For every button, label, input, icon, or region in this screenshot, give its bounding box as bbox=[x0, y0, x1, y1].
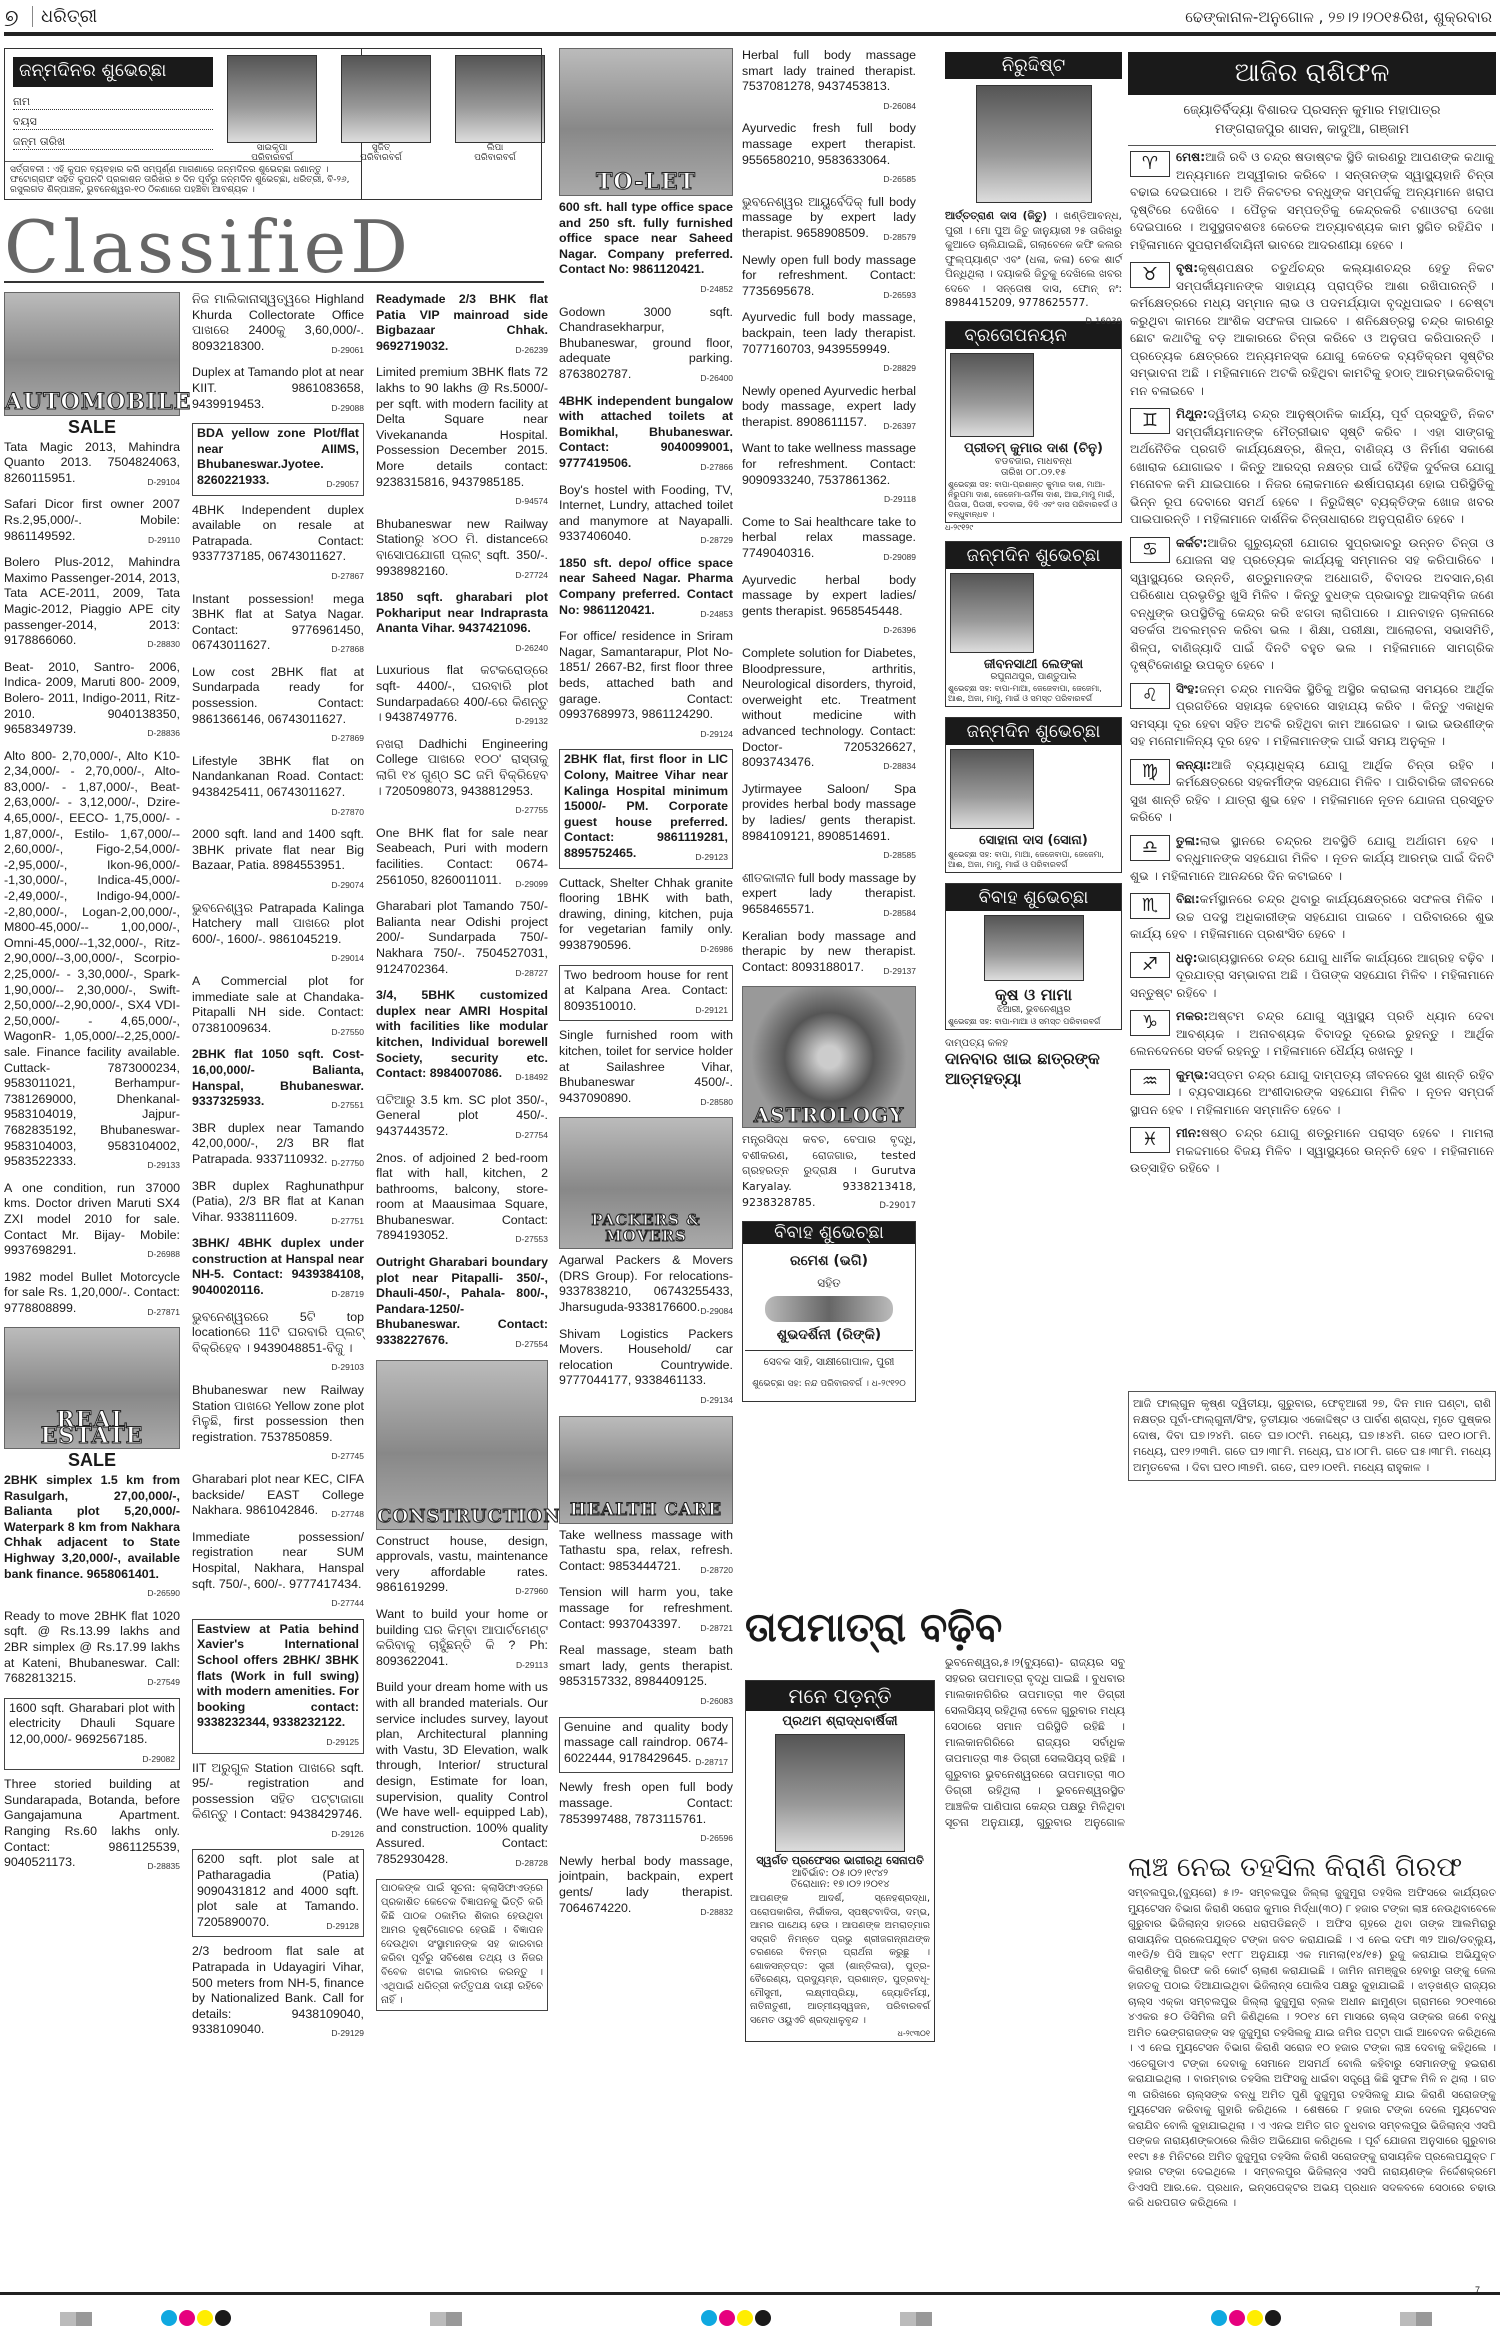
ad-code: D-29124 bbox=[700, 727, 733, 743]
missing-title: ନିରୁଦ୍ଦିଷ୍ଟ bbox=[945, 52, 1122, 79]
classified-ad: Ayurvedic fresh full body massage expert… bbox=[742, 121, 916, 187]
sale-heading-2: SALE bbox=[4, 1453, 180, 1469]
health-care-image: HEALTH CARE bbox=[559, 1416, 733, 1524]
classified-ad: 2BHK flat 1050 sqft. Cost- 16,00,000/- B… bbox=[192, 1047, 364, 1113]
horoscope-sign: ♎ତୁଳା:ଲାଭ ସ୍ଥାନରେ ଚନ୍ଦ୍ରର ଅବସ୍ଥିତି ଯୋଗୁ … bbox=[1128, 830, 1496, 889]
to-let-image: TO-LET bbox=[559, 48, 733, 196]
classified-ad: Immediate possession/ registration near … bbox=[192, 1530, 364, 1612]
birthday-card-1: ଜନ୍ମଦିନ ଶୁଭେଚ୍ଛା ଜୀବନସାଥୀ ଲେଙ୍କା ରଘୁନାଥପ… bbox=[945, 541, 1122, 707]
classified-ad: IIT ଅରୁଗୁଳ Station ପାଖରେ sqft. 95/- regi… bbox=[192, 1761, 364, 1843]
classified-ad: ପଟିଆରୁ 3.5 km. SC plot 350/-, General pl… bbox=[376, 1093, 548, 1144]
ad-code: D-28829 bbox=[883, 361, 916, 377]
classified-ad: Three storied building at Sundarapada, B… bbox=[4, 1777, 180, 1875]
temperature-body: ଭୁବନେଶ୍ୱର,୫।୨(ବ୍ୟୁରୋ)- ରାଜ୍ୟର ସବୁ ସହରର ତ… bbox=[945, 1655, 1125, 1830]
ad-code: D-26590 bbox=[147, 1586, 180, 1602]
classified-ad: Duplex at Tamando plot at near KIIT. 986… bbox=[192, 365, 364, 416]
classified-ad: Single furnished room with kitchen, toil… bbox=[559, 1028, 733, 1110]
ad-code: D-29082 bbox=[142, 1752, 175, 1768]
classified-ad: 1850 sqft. gharabari plot Pokhariput nea… bbox=[376, 590, 548, 656]
wedding-card-2: ବିବାହ ଶୁଭେଚ୍ଛା କୃଷ ଓ ମାମା ଝିଆରୀ, ଭୁବନେଶ୍… bbox=[945, 883, 1122, 1030]
ad-code: D-27551 bbox=[331, 1098, 364, 1114]
classified-banner: ClassifieD bbox=[4, 205, 544, 283]
ad-code: D-28834 bbox=[883, 759, 916, 775]
ad-code: D-27745 bbox=[331, 1449, 364, 1465]
color-dot bbox=[179, 2310, 195, 2326]
wedding-wish-card: ବିବାହ ଶୁଭେଚ୍ଛା ରମେଶ (ଭଗି) ସହିତ ଶୁଭଦର୍ଶିନ… bbox=[742, 1221, 916, 1402]
zodiac-icon: ♋ bbox=[1130, 537, 1170, 563]
ad-code: D-27867 bbox=[331, 569, 364, 585]
ad-code: D-29126 bbox=[331, 1827, 364, 1843]
classified-ad: Tata Magic 2013, Mahindra Quanto 2013. 7… bbox=[4, 440, 180, 491]
column-real-estate-2: Readymade 2/3 BHK flat Patia VIP mainroa… bbox=[376, 292, 548, 2018]
bday1-photo bbox=[950, 573, 1034, 653]
color-dot bbox=[755, 2310, 771, 2326]
birthday-card-2: ଜନ୍ମଦିନ ଶୁଭେଚ୍ଛା ସୋହାନା ଦାସ (ସୋନା) ଶୁଭେଚ… bbox=[945, 717, 1122, 873]
cmyk-marks-3 bbox=[1210, 2310, 1282, 2331]
thread-ceremony-card: ବ୍ରତୋପନୟନ ପ୍ରୀତମ୍ କୁମାର ଦାଶ (ଚିନୁ) ବଡବଜା… bbox=[945, 321, 1122, 523]
ad-code: D-27550 bbox=[331, 1025, 364, 1041]
classified-ad: A one condition, run 37000 kms. Doctor d… bbox=[4, 1181, 180, 1263]
reader-notice: ପାଠକଙ୍କ ପାଇଁ ସୂଚନା: କ୍ଲାସିଫାଏଡ୍‌ରେ ପ୍ରକା… bbox=[376, 1879, 548, 2011]
classified-ad: Eastview at Patia behind Xavier's Intern… bbox=[192, 1619, 364, 1754]
ad-code: D-28830 bbox=[147, 637, 180, 653]
ad-code: D-29128 bbox=[326, 1919, 359, 1935]
newspaper-name: ଧରିତ୍ରୀ bbox=[32, 6, 97, 27]
ad-code: D-26596 bbox=[700, 1831, 733, 1847]
ad-code: D-27871 bbox=[147, 1305, 180, 1321]
bday2-photo bbox=[950, 749, 1034, 829]
horoscope-sign: ♒କୁମ୍ଭ:ସପ୍ତମ ଚନ୍ଦ୍ର ଯୋଗୁ ଦାମ୍ପତ୍ୟ ଜୀବନରେ… bbox=[1128, 1064, 1496, 1123]
horoscope-sign: ♏ବିଛା:କର୍ମସ୍ଥାନରେ ଚନ୍ଦ୍ର ଥିବାରୁ କାର୍ଯ୍ୟକ… bbox=[1128, 888, 1496, 947]
birthday-coupon: ଜନ୍ମଦିନର ଶୁଭେଚ୍ଛା ନାମ ବୟସ ଜନ୍ମ ତାରିଖ ସାଇ… bbox=[4, 48, 362, 200]
ad-code: D-27960 bbox=[515, 1584, 548, 1600]
astrology-image: ASTROLOGY bbox=[742, 986, 916, 1128]
photo-child bbox=[227, 55, 317, 143]
construction-image: CONSTRUCTION bbox=[376, 1360, 548, 1530]
classified-ad: Want to build your home or building ଘର କ… bbox=[376, 1607, 548, 1673]
classified-ad: Newly open full body massage for refresh… bbox=[742, 253, 916, 304]
ad-code: D-27744 bbox=[331, 1596, 364, 1612]
classified-ad: Low cost 2BHK flat at Sundarpada ready f… bbox=[192, 665, 364, 747]
classified-ad: Bhubaneswar new Railway Station ପାଖରେ Ye… bbox=[192, 1383, 364, 1465]
ad-code: D-27748 bbox=[331, 1507, 364, 1523]
ad-code: D-29103 bbox=[331, 1360, 364, 1376]
horoscope-sign: ♍କନ୍ୟା:ଆଜି ବ୍ୟୟାଧିକ୍ୟ ଯୋଗୁ ଆର୍ଥିକ ଚିନ୍ତା… bbox=[1128, 754, 1496, 830]
name-field[interactable]: ନାମ bbox=[13, 95, 213, 110]
horoscope-title: ଆଜିର ରାଶିଫଳ bbox=[1128, 52, 1496, 95]
classified-ad: Want to take wellness massage for refres… bbox=[742, 441, 916, 507]
dob-field[interactable]: ଜନ୍ମ ତାରିଖ bbox=[13, 135, 213, 150]
classified-ad: Boy's hostel with Fooding, TV, Internet,… bbox=[559, 483, 733, 549]
color-dot bbox=[1247, 2310, 1263, 2326]
classified-ad: Ayurvedic herbal body massage by expert … bbox=[742, 573, 916, 639]
classified-ad: Instant possession! mega 3BHK flat at Sa… bbox=[192, 592, 364, 658]
ad-code: D-94574 bbox=[515, 494, 548, 510]
classified-ad: 4BHK Independent duplex available on res… bbox=[192, 503, 364, 585]
ad-code: D-24852 bbox=[700, 282, 733, 298]
bribe-headline: ଲାଞ୍ଚ ନେଇ ତହସିଲ କିରାଣି ଗିରଫ bbox=[1128, 1850, 1496, 1886]
news-bribe: ଲାଞ୍ଚ ନେଇ ତହସିଲ କିରାଣି ଗିରଫ ସମ୍ବଲପୁର,(ବ୍… bbox=[1128, 1850, 1496, 2276]
age-field[interactable]: ବୟସ bbox=[13, 115, 213, 130]
zodiac-icon: ♑ bbox=[1130, 1010, 1170, 1036]
classified-ad: Take wellness massage with Tathastu spa,… bbox=[559, 1528, 733, 1579]
coupon-extension: ସୁଜିତ୍ପରିବାରବର୍ଗ ଲିପାପରିବାରବର୍ଗ bbox=[362, 48, 542, 200]
color-dot bbox=[737, 2310, 753, 2326]
packers-image: PACKERS & MOVERS bbox=[559, 1117, 733, 1249]
ad-code: D-28836 bbox=[147, 726, 180, 742]
column-real-estate: ନିଜ ମାଲିକାନାସ୍ୱତ୍ୱରେ Highland Khurda Col… bbox=[192, 292, 364, 2049]
registration-mark bbox=[430, 2312, 462, 2331]
classified-ad: 600 sft. hall type office space and 250 … bbox=[559, 200, 733, 298]
classified-ad: Build your dream home with us with all b… bbox=[376, 1680, 548, 1871]
zodiac-icon: ♏ bbox=[1130, 893, 1170, 919]
zodiac-icon: ♍ bbox=[1130, 759, 1170, 785]
classified-ad: 2nos. of adjoined 2 bed-room flat with h… bbox=[376, 1151, 548, 1249]
horoscope-sign: ♌ସିଂହ:ଜନ୍ମ ଚନ୍ଦ୍ର ମାନସିକ ସ୍ଥିତିକୁ ଅସ୍ଥିର… bbox=[1128, 678, 1496, 754]
classified-ad: ଭୁବନେଶ୍ୱର Patrapada Kalinga Hatchery mal… bbox=[192, 901, 364, 967]
cmyk-marks-2 bbox=[700, 2310, 772, 2331]
memorial-photo bbox=[775, 1734, 905, 1852]
ad-code: D-28721 bbox=[700, 1621, 733, 1637]
ad-code: D-29125 bbox=[326, 1735, 359, 1751]
registration-mark bbox=[60, 2312, 92, 2331]
color-dot bbox=[215, 2310, 231, 2326]
classified-ad: Readymade 2/3 BHK flat Patia VIP mainroa… bbox=[376, 292, 548, 358]
photo-caption: ସାଇକୃପାପରିବାରବର୍ଗ bbox=[227, 143, 317, 163]
couple-photo bbox=[984, 915, 1084, 981]
news-headline-suicide: ଦାନବାର ଖାଇ ଛାତ୍ରଙ୍କ ଆତ୍ମହତ୍ୟା bbox=[945, 1049, 1122, 1089]
column-to-let: TO-LET 600 sft. hall type office space a… bbox=[559, 48, 733, 1927]
ad-code: D-29118 bbox=[884, 492, 916, 508]
classified-ad: Cuttack, Shelter Chhak granite flooring … bbox=[559, 876, 733, 958]
dateline: ଢେଙ୍କାନାଳ-ଅନୁଗୋଳ , ୨୭।୨।୨୦୧୫ରିଖ, ଶୁକ୍ରବା… bbox=[1185, 8, 1492, 26]
classified-ad: Newly herbal body massage, jointpain, ba… bbox=[559, 1854, 733, 1920]
ad-code: D-29132 bbox=[515, 714, 548, 730]
panjika-box: ଆଜି ଫାଲ୍‌ଗୁନ କୃଷ୍ଣ ଦ୍ୱିତୀୟା, ଗୁରୁବାର, ଫେ… bbox=[1128, 1391, 1496, 1481]
classified-ad: Lifestyle 3BHK flat on Nandankanan Road.… bbox=[192, 754, 364, 820]
classified-ad: ନଖରା Dadhichi Engineering College ପାଖରେ … bbox=[376, 737, 548, 819]
classified-ad: Agarwal Packers & Movers (DRS Group). Fo… bbox=[559, 1253, 733, 1319]
ad-code: D-26585 bbox=[883, 172, 916, 188]
zodiac-icon: ♈ bbox=[1130, 151, 1170, 177]
classified-ad: 3BHK/ 4BHK duplex under construction at … bbox=[192, 1236, 364, 1302]
classified-ad: 2000 sqft. land and 1400 sqft. 3BHK priv… bbox=[192, 827, 364, 893]
missing-notice: ଆର୍ତ୍ତତ୍ରାଣ ଦାସ (ଜିତୁ) । ଖଣ୍ଡିଆବନ୍ଧ, ପୁର… bbox=[945, 209, 1122, 311]
page-number: ୭ bbox=[4, 4, 19, 32]
ad-code: D-28580 bbox=[700, 1095, 733, 1111]
classified-ad: Newly fresh open full body massage. Cont… bbox=[559, 1780, 733, 1846]
ad-code: D-27868 bbox=[331, 642, 364, 658]
cmyk-marks-1 bbox=[160, 2310, 232, 2331]
ad-code: D-28728 bbox=[515, 1856, 548, 1872]
ad-code: D-27869 bbox=[331, 731, 364, 747]
column-health: Herbal full body massage smart lady trai… bbox=[742, 48, 916, 1402]
temperature-headline: ତାପମାତ୍ରା ବଢ଼ିବ bbox=[745, 1605, 1125, 1651]
classified-ad: 6200 sqft. plot sale at Patharagadia (Pa… bbox=[192, 1849, 364, 1937]
sale-heading: SALE bbox=[4, 420, 180, 436]
missing-photo bbox=[976, 85, 1092, 203]
ad-code: D-26083 bbox=[700, 1694, 733, 1710]
ad-code: D-27750 bbox=[331, 1156, 364, 1172]
ad-code: D-26240 bbox=[515, 641, 548, 657]
ad-code: D-28729 bbox=[700, 533, 733, 549]
ad-code: D-28585 bbox=[883, 848, 916, 864]
horoscope-sign: ♐ଧନୁ:ଭାଗ୍ୟସ୍ଥାନରେ ଚନ୍ଦ୍ର ଯୋଗୁ ଧାର୍ମିକ କା… bbox=[1128, 947, 1496, 1006]
automobile-image: AUTOMOBILE bbox=[4, 292, 180, 416]
classified-ad: One BHK flat for sale near Seabeach, Pur… bbox=[376, 826, 548, 892]
classified-ad: Outright Gharabari boundary plot near Pi… bbox=[376, 1255, 548, 1353]
color-dot bbox=[197, 2310, 213, 2326]
ad-code: D-26988 bbox=[147, 1247, 180, 1263]
wedding-title: ବିବାହ ଶୁଭେଚ୍ଛା bbox=[743, 1222, 915, 1244]
zodiac-icon: ♊ bbox=[1130, 408, 1170, 434]
coupon-terms: ସର୍ତ୍ତାବଳୀ : ଏହି କୁପନ ବ୍ୟବହାର କରି ସମ୍ପୂର… bbox=[5, 161, 361, 198]
column-automobile: AUTOMOBILE SALE Tata Magic 2013, Mahindr… bbox=[4, 292, 180, 1882]
classified-ad: ଭୁବନେଶ୍ୱରରେ 5ଟି top locationରେ 11ଟି ଘରବା… bbox=[192, 1310, 364, 1376]
color-dot bbox=[1265, 2310, 1281, 2326]
ad-code: D-28719 bbox=[331, 1287, 364, 1303]
classified-ad: Godown 3000 sqft. Chandrasekharpur, Bhub… bbox=[559, 305, 733, 387]
registration-mark bbox=[1400, 2312, 1432, 2331]
footer-rule bbox=[0, 2292, 1500, 2295]
zodiac-icon: ♌ bbox=[1130, 683, 1170, 709]
classified-ad: 1850 sft. depo/ office space near Saheed… bbox=[559, 556, 733, 622]
ad-code: D-29061 bbox=[331, 343, 364, 359]
classified-ad: Tension will harm you, take massage for … bbox=[559, 1585, 733, 1636]
ad-code: D-28727 bbox=[515, 966, 548, 982]
ad-code: D-27870 bbox=[331, 805, 364, 821]
classified-ad: 2BHK flat, first floor in LIC Colony, Ma… bbox=[559, 749, 733, 868]
ad-code: D-28717 bbox=[695, 1755, 728, 1771]
ad-code: D-29110 bbox=[148, 533, 180, 549]
classified-ad: Ready to move 2BHK flat 1020 sqft. @ Rs.… bbox=[4, 1609, 180, 1691]
ad-code: D-26396 bbox=[883, 623, 916, 639]
ad-code: D-29129 bbox=[331, 2026, 364, 2042]
ad-code: D-27755 bbox=[515, 803, 548, 819]
classified-ad: ଭୁବନେଶ୍ୱର ଆୟୁର୍ବେଦିକ୍ full body massage … bbox=[742, 195, 916, 246]
ad-code: D-27751 bbox=[331, 1214, 364, 1230]
ad-code: D-27553 bbox=[515, 1232, 548, 1248]
bribe-body: ସମ୍ବଲପୁର,(ବ୍ୟୁରୋ) ୫।୨- ସମ୍ବଲପୁର ଜିଲ୍ଲା ଜ… bbox=[1128, 1886, 1496, 2276]
classified-ad: Bhubaneswar new Railway Stationରୁ ୪୦୦ ମି… bbox=[376, 517, 548, 583]
classified-ad: Genuine and quality body massage call ra… bbox=[559, 1717, 733, 1774]
astrology-ad: ମନ୍ତ୍ରସିଦ୍ଧ କବଚ, ବେପାର ବୃଦ୍ଧି, ବଶୀକରଣ, ର… bbox=[742, 1132, 916, 1214]
memorial-card: ମନେ ପଡ଼ନ୍ତି ପ୍ରଥମ ଶ୍ରାଦ୍ଧବାର୍ଷିକୀ ସ୍ୱର୍ଗ… bbox=[745, 1680, 935, 2042]
horoscope-sign: ♓ମୀନ:ଷଷ୍ଠ ଚନ୍ଦ୍ର ଯୋଗୁ ଶତ୍ରୁମାନେ ପରାସ୍ତ ହ… bbox=[1128, 1122, 1496, 1181]
ad-code: D-29137 bbox=[883, 964, 916, 980]
ad-code: D-18492 bbox=[515, 1070, 548, 1086]
ad-code: D-29133 bbox=[147, 1158, 180, 1174]
classified-ad: Bolero Plus-2012, Mahindra Maximo Passen… bbox=[4, 555, 180, 653]
handshake-image bbox=[765, 1296, 893, 1322]
color-dot bbox=[161, 2310, 177, 2326]
ad-code: D-29134 bbox=[700, 1393, 733, 1409]
horoscope-section: ଆଜିର ରାଶିଫଳ ଜ୍ୟୋତିର୍ବିଦ୍ୟା ବିଶାରଦ ପ୍ରସନ୍… bbox=[1128, 52, 1496, 1481]
zodiac-icon: ♐ bbox=[1130, 952, 1170, 978]
ad-code: D-29014 bbox=[331, 951, 364, 967]
classified-ad: 1600 sqft. Gharabari plot with electrici… bbox=[4, 1698, 180, 1770]
ad-code: D-29099 bbox=[515, 877, 548, 893]
zodiac-icon: ♓ bbox=[1130, 1127, 1170, 1153]
zodiac-icon: ♒ bbox=[1130, 1069, 1170, 1095]
ad-code: D-28835 bbox=[147, 1859, 180, 1875]
classified-ad: 3/4, 5BHK customized duplex near AMRI Ho… bbox=[376, 988, 548, 1086]
ad-code: D-28579 bbox=[883, 230, 916, 246]
classified-ad: 4BHK independent bungalow with attached … bbox=[559, 394, 733, 476]
classified-ad: ନିଜ ମାଲିକାନାସ୍ୱତ୍ୱରେ Highland Khurda Col… bbox=[192, 292, 364, 358]
real-estate-image: REAL ESTATE bbox=[4, 1327, 180, 1449]
column-announcements: ନିରୁଦ୍ଦିଷ୍ଟ ଆର୍ତ୍ତତ୍ରାଣ ଦାସ (ଜିତୁ) । ଖଣ୍… bbox=[945, 52, 1122, 1089]
ad-code: D-29113 bbox=[516, 1658, 548, 1674]
classified-ad: Complete solution for Diabetes, Bloodpre… bbox=[742, 646, 916, 775]
thread-photo bbox=[950, 353, 1034, 437]
classified-ad: Gharabari plot near KEC, CIFA backside/ … bbox=[192, 1472, 364, 1523]
classified-ad: Safari Dicor first owner 2007 Rs.2,95,00… bbox=[4, 497, 180, 548]
ad-code: D-29057 bbox=[326, 477, 359, 493]
ad-code: D-29084 bbox=[700, 1304, 733, 1320]
ad-code: D-27866 bbox=[700, 460, 733, 476]
classified-ad: Luxurious flat କଟକରୋଡ୍‌ରେ sqft- 4400/-, … bbox=[376, 663, 548, 729]
ad-code: D-26400 bbox=[700, 371, 733, 387]
classified-ad: A Commercial plot for immediate sale at … bbox=[192, 974, 364, 1040]
classified-ad: Real massage, steam bath smart lady, gen… bbox=[559, 1643, 733, 1709]
ad-code: D-26986 bbox=[700, 942, 733, 958]
news-temperature: ତାପମାତ୍ରା ବଢ଼ିବ bbox=[745, 1605, 1125, 1651]
classified-ad: Limited premium 3BHK flats 72 lakhs to 9… bbox=[376, 365, 548, 509]
classified-ad: 3BR duplex Raghunathpur (Patia), 2/3 BR … bbox=[192, 1179, 364, 1230]
classified-ad: For office/ residence in Sriram Nagar, S… bbox=[559, 629, 733, 742]
classified-ad: Alto 800- 2,70,000/-, Alto K10- 2,34,000… bbox=[4, 749, 180, 1174]
ad-code: D-26084 bbox=[883, 99, 916, 115]
ad-code: D-29104 bbox=[147, 475, 180, 491]
color-dot bbox=[1229, 2310, 1245, 2326]
classified-ad: BDA yellow zone Plot/flat near AIIMS, Bh… bbox=[192, 423, 364, 495]
ad-code: D-26397 bbox=[883, 419, 916, 435]
ad-code: D-27724 bbox=[515, 568, 548, 584]
ad-code: D-27554 bbox=[515, 1337, 548, 1353]
classified-ad: 1982 model Bullet Motorcycle for sale Rs… bbox=[4, 1270, 180, 1321]
classified-ad: 2/3 bedroom flat sale at Patrapada in Ud… bbox=[192, 1944, 364, 2042]
color-dot bbox=[1211, 2310, 1227, 2326]
ad-code: D-28832 bbox=[700, 1905, 733, 1921]
ad-code: D-29121 bbox=[695, 1003, 728, 1019]
classified-ad: Construct house, design, approvals, vast… bbox=[376, 1534, 548, 1600]
ad-code: D-26593 bbox=[883, 288, 916, 304]
classified-ad: Come to Sai healthcare take to herbal re… bbox=[742, 515, 916, 566]
horoscope-sign: ♊ମିଥୁନ:ଦ୍ୱିତୀୟ ଚନ୍ଦ୍ର ଆନୁଷ୍ଠାନିକ କାର୍ଯ୍ୟ… bbox=[1128, 403, 1496, 532]
classified-ad: 2BHK simplex 1.5 km from Rasulgarh, 27,0… bbox=[4, 1473, 180, 1602]
classified-ad: Keralian body massage and therapic by ne… bbox=[742, 929, 916, 980]
classified-ad: Shivam Logistics Packers Movers. Househo… bbox=[559, 1327, 733, 1409]
ad-code: D-28720 bbox=[700, 1563, 733, 1579]
zodiac-icon: ♎ bbox=[1130, 835, 1170, 861]
ad-code: D-29074 bbox=[331, 878, 364, 894]
classified-ad: Beat- 2010, Santro- 2006, Indica- 2009, … bbox=[4, 660, 180, 742]
ad-code: D-26239 bbox=[515, 343, 548, 359]
classified-ad: ଶୀତକାଳୀନ full body massage by expert lad… bbox=[742, 871, 916, 922]
horoscope-sign: ♉ବୃଷ:କୃଷ୍ଣପକ୍ଷର ଚତୁର୍ଥଚନ୍ଦ୍ର କଲ୍ୟାଣଚନ୍ଦ୍… bbox=[1128, 257, 1496, 403]
classified-ad: Newly opened Ayurvedic herbal body massa… bbox=[742, 384, 916, 435]
color-dot bbox=[701, 2310, 717, 2326]
horoscope-sign: ♋କର୍କଟ:ଆଜିର ଗୁରୁଚାନ୍ଦ୍ରୀ ଯୋଗର ସୁପ୍ରଭାବରୁ… bbox=[1128, 532, 1496, 678]
color-dot bbox=[719, 2310, 735, 2326]
ad-code: D-29089 bbox=[883, 550, 916, 566]
registration-mark bbox=[900, 2312, 932, 2331]
ad-code: D-29123 bbox=[695, 850, 728, 866]
header-rule bbox=[4, 32, 1496, 36]
classified-ad: Gharabari plot Tamando 750/- Balianta ne… bbox=[376, 899, 548, 981]
ad-code: D-27549 bbox=[147, 1675, 180, 1691]
page-header: ୭ ଧରିତ୍ରୀ ଢେଙ୍କାନାଳ-ଅନୁଗୋଳ , ୨୭।୨।୨୦୧୫ରି… bbox=[0, 0, 1500, 40]
memorial-header: ମନେ ପଡ଼ନ୍ତି bbox=[746, 1681, 934, 1711]
classified-ad: Herbal full body massage smart lady trai… bbox=[742, 48, 916, 114]
classified-ad: Two bedroom house for rent at Kalpana Ar… bbox=[559, 965, 733, 1022]
horoscope-sign: ♑ମକର:ଅଷ୍ଟମ ଚନ୍ଦ୍ର ଯୋଗୁ ସ୍ୱାସ୍ଥ୍ୟ ପ୍ରତି ଧ… bbox=[1128, 1005, 1496, 1064]
zodiac-icon: ♉ bbox=[1130, 262, 1170, 288]
ad-code: D-29088 bbox=[331, 401, 364, 417]
horoscope-sign: ♈ମେଷ:ଆଜି ରବି ଓ ଚନ୍ଦ୍ର ଷଡାଷ୍ଟକ ସ୍ଥିତି କାର… bbox=[1128, 146, 1496, 257]
ad-code: D-27754 bbox=[515, 1128, 548, 1144]
classified-ad: Jytirmayee Saloon/ Spa provides herbal b… bbox=[742, 782, 916, 864]
ad-code: D-24853 bbox=[700, 607, 733, 623]
ad-code: D-28584 bbox=[883, 906, 916, 922]
classified-ad: Ayurvedic full body massage, backpain, t… bbox=[742, 310, 916, 376]
classified-ad: 3BR duplex near Tamando 42,00,000/-, 2/3… bbox=[192, 1121, 364, 1172]
coupon-title: ଜନ୍ମଦିନର ଶୁଭେଚ୍ଛା bbox=[13, 57, 213, 87]
